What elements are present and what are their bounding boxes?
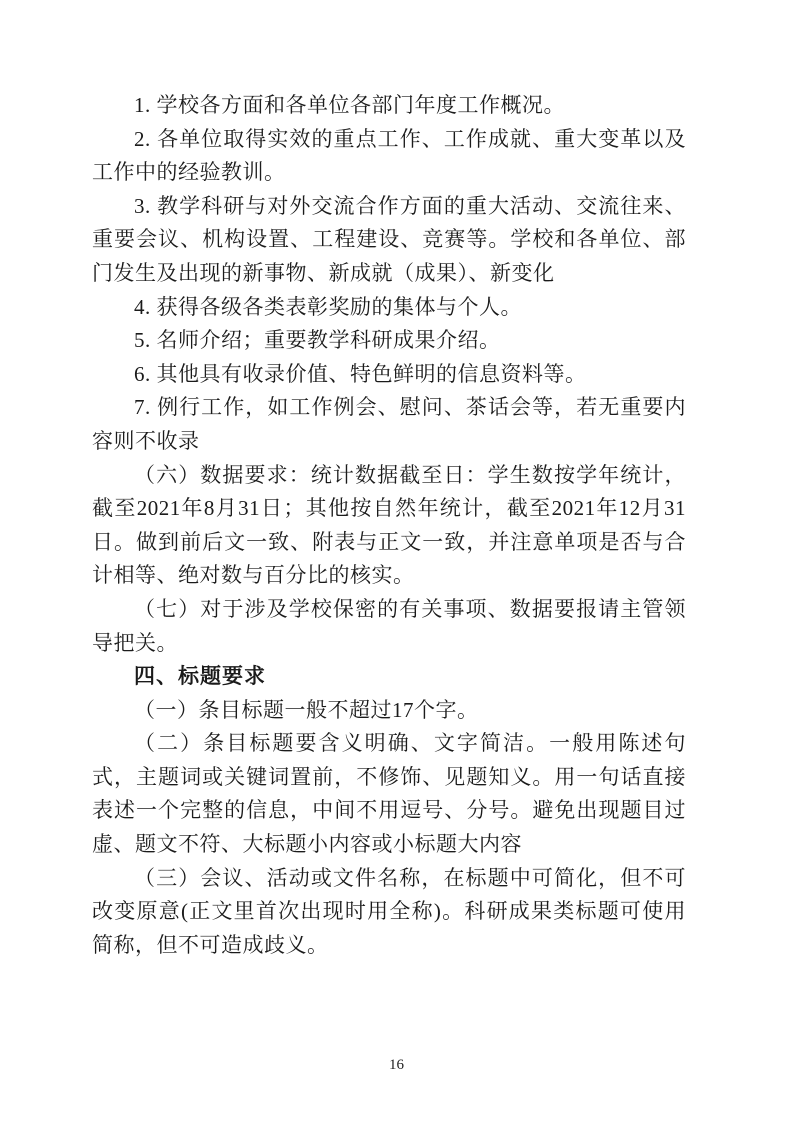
document-body: 1. 学校各方面和各单位各部门年度工作概况。2. 各单位取得实效的重点工作、工作… xyxy=(92,89,686,962)
page-number: 16 xyxy=(389,1057,404,1073)
paragraph-7: 7. 例行工作，如工作例会、慰问、茶话会等，若无重要内容则不收录 xyxy=(92,391,686,458)
section-heading: 四、标题要求 xyxy=(92,660,686,694)
paragraph-4: 4. 获得各级各类表彰奖励的集体与个人。 xyxy=(92,291,686,325)
paragraph-11: （一）条目标题一般不超过17个字。 xyxy=(92,694,686,728)
paragraph-12: （二）条目标题要含义明确、文字简洁。一般用陈述句式，主题词或关键词置前，不修饰、… xyxy=(92,727,686,861)
page-footer: 16 xyxy=(0,1055,793,1075)
paragraph-9: （七）对于涉及学校保密的有关事项、数据要报请主管领导把关。 xyxy=(92,593,686,660)
paragraph-2: 2. 各单位取得实效的重点工作、工作成就、重大变革以及工作中的经验教训。 xyxy=(92,123,686,190)
paragraph-8: （六）数据要求：统计数据截至日：学生数按学年统计，截至2021年8月31日；其他… xyxy=(92,459,686,593)
paragraph-5: 5. 名师介绍；重要教学科研成果介绍。 xyxy=(92,324,686,358)
paragraph-13: （三）会议、活动或文件名称，在标题中可简化，但不可改变原意(正文里首次出现时用全… xyxy=(92,862,686,963)
paragraph-3: 3. 教学科研与对外交流合作方面的重大活动、交流往来、重要会议、机构设置、工程建… xyxy=(92,190,686,291)
paragraph-6: 6. 其他具有收录价值、特色鲜明的信息资料等。 xyxy=(92,358,686,392)
document-page: 1. 学校各方面和各单位各部门年度工作概况。2. 各单位取得实效的重点工作、工作… xyxy=(0,0,793,1122)
paragraph-1: 1. 学校各方面和各单位各部门年度工作概况。 xyxy=(92,89,686,123)
